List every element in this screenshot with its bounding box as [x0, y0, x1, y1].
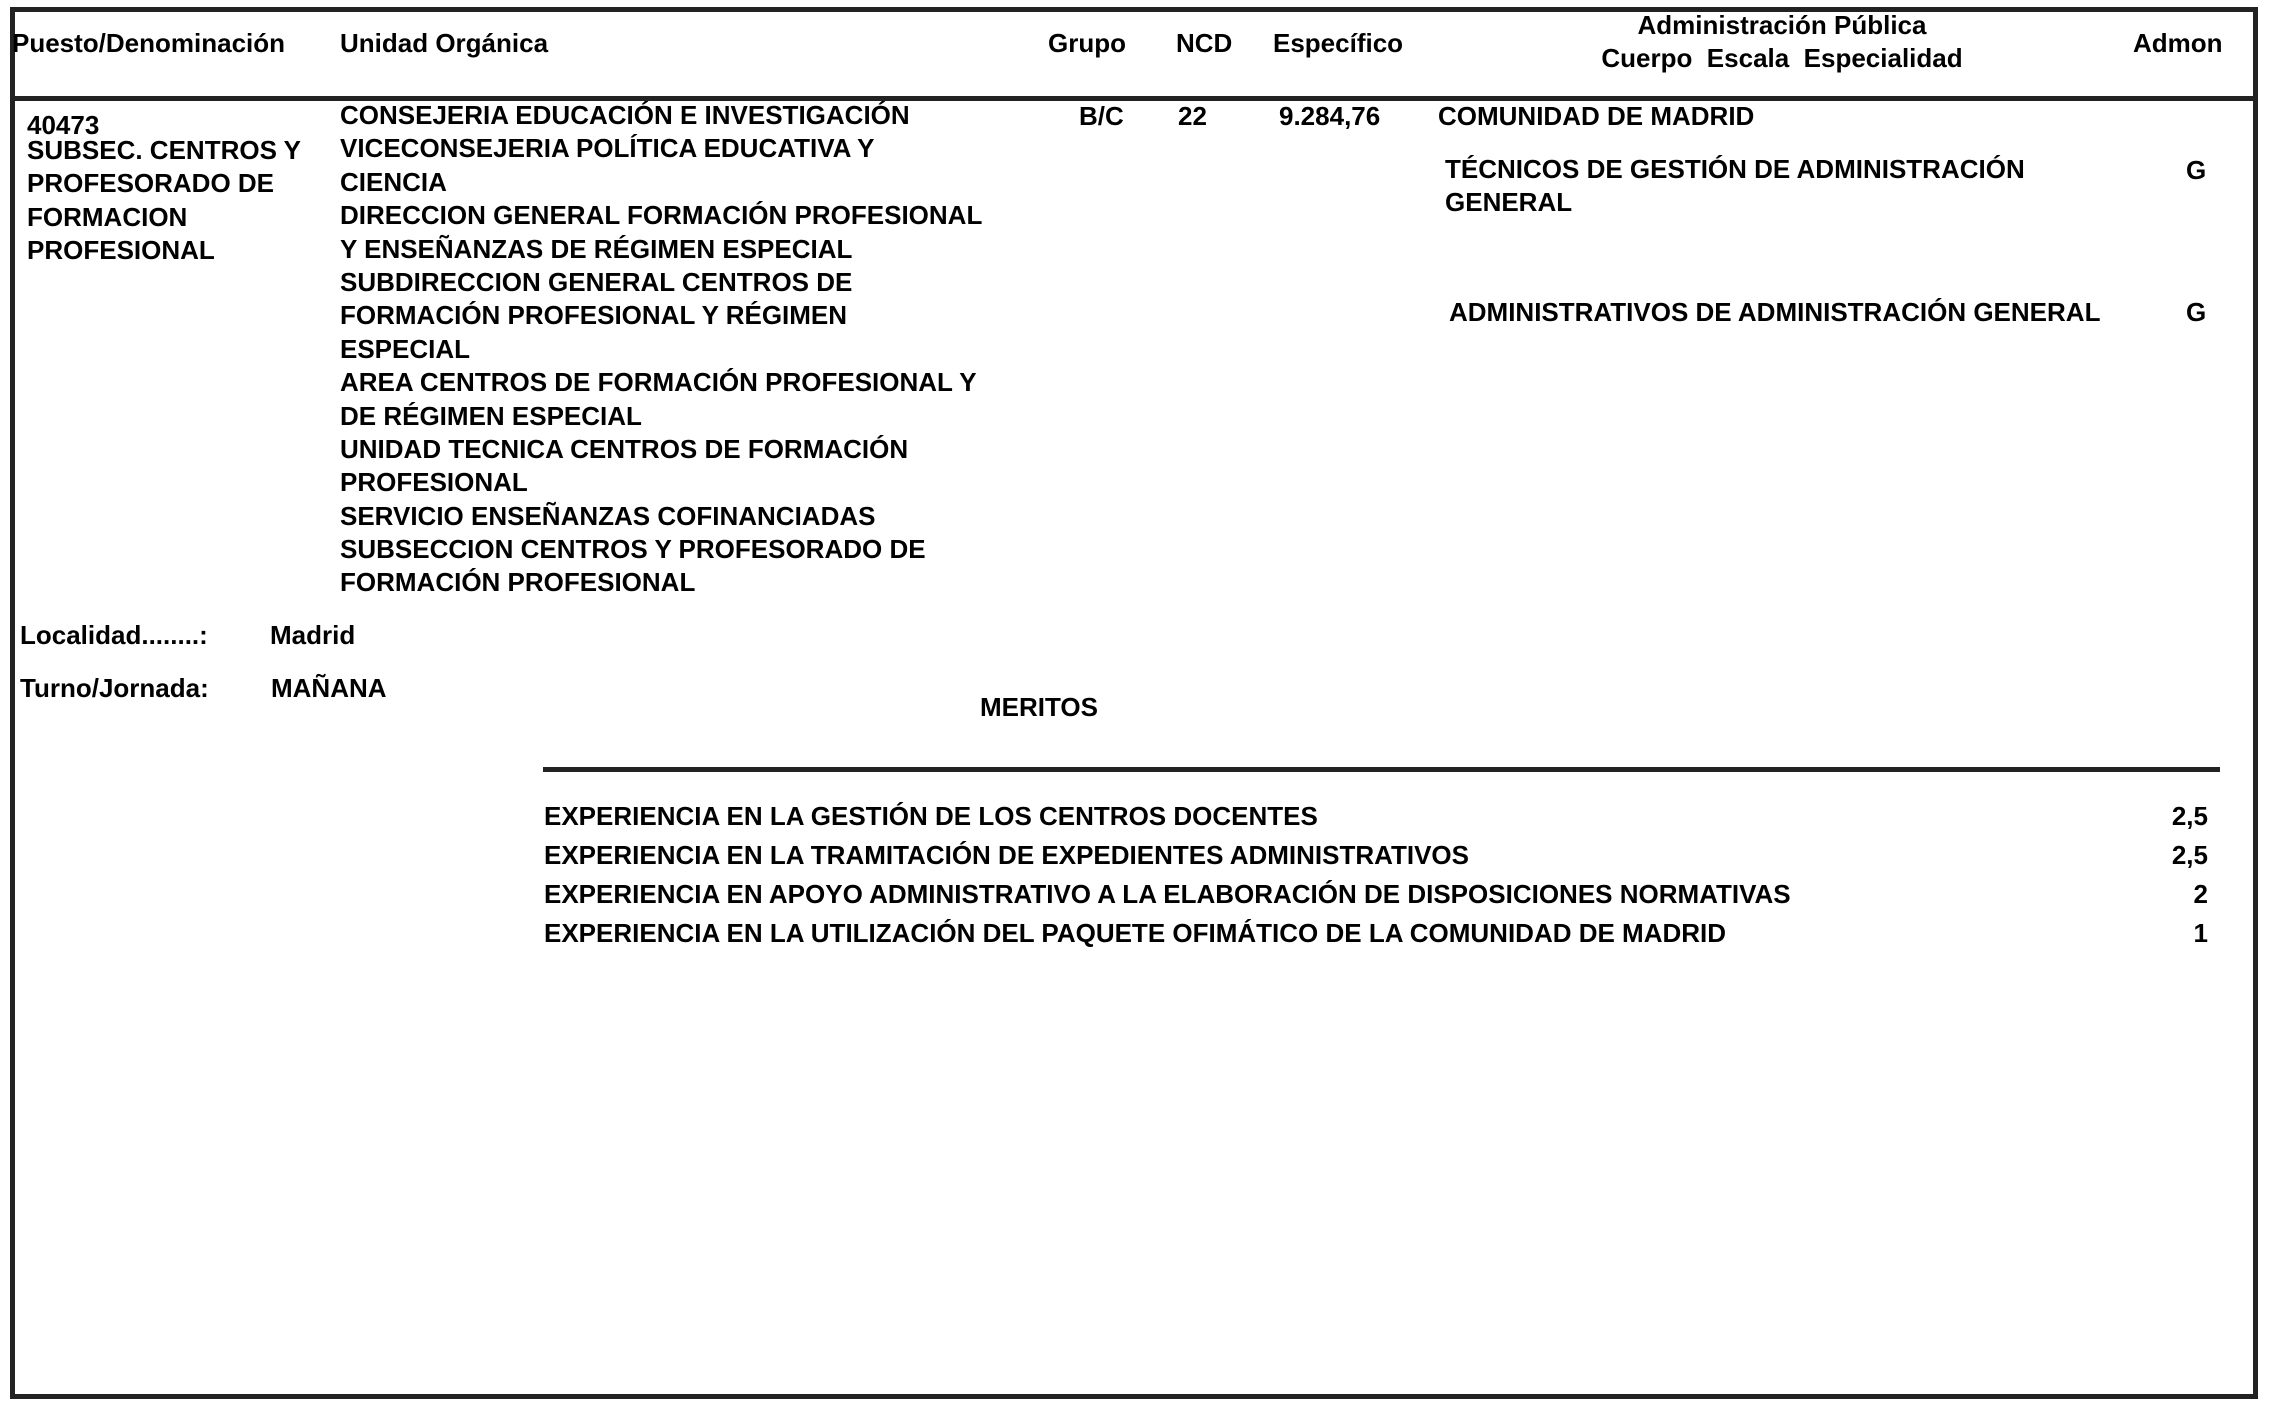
denominacion-line: SUBSEC. CENTROS Y — [27, 134, 301, 167]
localidad-value: Madrid — [270, 618, 355, 652]
unidad-line: DE RÉGIMEN ESPECIAL — [340, 400, 982, 433]
especifico-value: 9.284,76 — [1279, 99, 1380, 133]
turno-value: MAÑANA — [271, 671, 387, 705]
grupo-value: B/C — [1079, 99, 1124, 133]
header-grupo: Grupo — [1048, 26, 1126, 60]
unidad-line: Y ENSEÑANZAS DE RÉGIMEN ESPECIAL — [340, 233, 982, 266]
merito-item-text: EXPERIENCIA EN LA GESTIÓN DE LOS CENTROS… — [544, 799, 1318, 833]
meritos-title: MERITOS — [980, 690, 1098, 724]
unidad-line: FORMACIÓN PROFESIONAL — [340, 566, 982, 599]
administracion-value: COMUNIDAD DE MADRID — [1438, 99, 1754, 133]
unidad-line: SERVICIO ENSEÑANZAS COFINANCIADAS — [340, 500, 982, 533]
cuerpo-1: TÉCNICOS DE GESTIÓN DE ADMINISTRACIÓN GE… — [1445, 153, 2025, 220]
merito-item-value: 2,5 — [2100, 838, 2208, 872]
header-admon: Admon — [2133, 26, 2223, 60]
header-puesto: Puesto/Denominación — [12, 26, 285, 60]
header-cuerpo-escala: Cuerpo Escala Especialidad — [1582, 41, 1982, 75]
merito-item-text: EXPERIENCIA EN APOYO ADMINISTRATIVO A LA… — [544, 877, 1791, 911]
denominacion-line: PROFESORADO DE — [27, 167, 301, 200]
merito-item-value: 2,5 — [2100, 799, 2208, 833]
turno-label: Turno/Jornada: — [20, 671, 209, 705]
cuerpo-line: GENERAL — [1445, 186, 2025, 219]
unidad-line: FORMACIÓN PROFESIONAL Y RÉGIMEN — [340, 299, 982, 332]
ncd-value: 22 — [1178, 99, 1207, 133]
denominacion-line: FORMACION — [27, 201, 301, 234]
puesto-denominacion: SUBSEC. CENTROS Y PROFESORADO DE FORMACI… — [27, 134, 301, 268]
merito-item-text: EXPERIENCIA EN LA UTILIZACIÓN DEL PAQUET… — [544, 916, 1726, 950]
cuerpo-1-admon: G — [2186, 153, 2206, 187]
unidad-line: PROFESIONAL — [340, 466, 982, 499]
unidad-line: VICECONSEJERIA POLÍTICA EDUCATIVA Y — [340, 132, 982, 165]
unidad-line: UNIDAD TECNICA CENTROS DE FORMACIÓN — [340, 433, 982, 466]
unidad-line: AREA CENTROS DE FORMACIÓN PROFESIONAL Y — [340, 366, 982, 399]
header-unidad: Unidad Orgánica — [340, 26, 548, 60]
header-admin-publica: Administración Pública — [1582, 8, 1982, 42]
cuerpo-2: ADMINISTRATIVOS DE ADMINISTRACIÓN GENERA… — [1449, 295, 2100, 329]
cuerpo-2-admon: G — [2186, 295, 2206, 329]
unidad-line: DIRECCION GENERAL FORMACIÓN PROFESIONAL — [340, 199, 982, 232]
unidad-line: ESPECIAL — [340, 333, 982, 366]
unidad-organica: CONSEJERIA EDUCACIÓN E INVESTIGACIÓN VIC… — [340, 99, 982, 600]
header-ncd: NCD — [1176, 26, 1232, 60]
merito-item-text: EXPERIENCIA EN LA TRAMITACIÓN DE EXPEDIE… — [544, 838, 1469, 872]
unidad-line: CONSEJERIA EDUCACIÓN E INVESTIGACIÓN — [340, 99, 982, 132]
merito-item-value: 1 — [2100, 916, 2208, 950]
merito-item-value: 2 — [2100, 877, 2208, 911]
unidad-line: SUBDIRECCION GENERAL CENTROS DE — [340, 266, 982, 299]
localidad-label: Localidad........: — [20, 618, 208, 652]
cuerpo-line: TÉCNICOS DE GESTIÓN DE ADMINISTRACIÓN — [1445, 153, 2025, 186]
header-especifico: Específico — [1273, 26, 1403, 60]
unidad-line: SUBSECCION CENTROS Y PROFESORADO DE — [340, 533, 982, 566]
denominacion-line: PROFESIONAL — [27, 234, 301, 267]
meritos-divider — [543, 767, 2220, 772]
unidad-line: CIENCIA — [340, 166, 982, 199]
